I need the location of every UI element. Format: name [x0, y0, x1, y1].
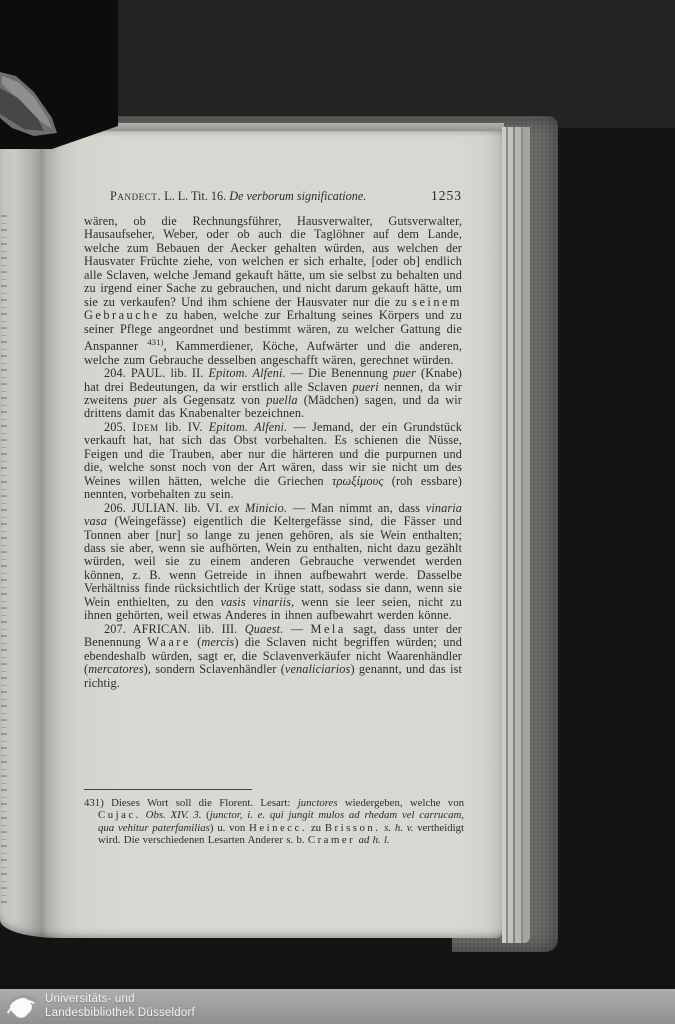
footnote-rule	[84, 789, 252, 790]
text-segment: 431)	[147, 337, 163, 347]
text-segment: Quaest.	[245, 622, 284, 636]
text-segment: L. L. Tit. 16.	[161, 189, 229, 203]
text-segment: ) u. von	[210, 822, 249, 834]
library-name-line2: Landesbibliothek Düsseldorf	[45, 1007, 195, 1021]
text-segment: — Die Benennung	[286, 366, 393, 380]
text-segment: wären, ob die Rechnungsführer, Hausverwa…	[84, 215, 462, 309]
text-segment: Heinecc.	[249, 822, 307, 834]
text-segment: Brisson.	[325, 822, 381, 834]
paragraph-204: 204. PAUL. lib. II. Epitom. Alfeni. — Di…	[84, 367, 462, 421]
library-logo-icon	[5, 991, 37, 1023]
text-segment: zu	[307, 822, 325, 834]
page-number: 1253	[431, 188, 462, 204]
text-segment: Pandect.	[110, 189, 161, 203]
text-segment: als Gegensatz von	[157, 393, 266, 407]
text-segment: ad h. l.	[359, 834, 390, 846]
text-segment: puella	[266, 393, 297, 407]
text-segment: Epitom. Alfeni.	[209, 420, 288, 434]
text-segment: Obs. XIV. 3.	[146, 809, 202, 821]
text-segment: Mela	[311, 622, 346, 636]
text-segment: 431) Dieses Wort soll die Florent. Lesar…	[84, 797, 298, 809]
paragraph-continuation: wären, ob die Rechnungsführer, Hausverwa…	[84, 215, 462, 367]
paragraph-205: 205. Idem lib. IV. Epitom. Alfeni. — Jem…	[84, 421, 462, 502]
text-segment: lib. IV.	[159, 420, 209, 434]
running-title: Pandect. L. L. Tit. 16. De verborum sign…	[110, 189, 366, 204]
page-fore-edge	[502, 127, 530, 943]
text-segment: puer	[393, 366, 416, 380]
scanned-book-photo: { "colors": { "background": "#141414", "…	[0, 0, 675, 1024]
text-segment: (	[191, 635, 202, 649]
text-segment: s. h. v.	[384, 822, 413, 834]
text-segment: mercis	[201, 635, 234, 649]
text-segment: — Man nimmt an, dass	[287, 501, 426, 515]
text-segment: wiedergeben, welche von	[338, 797, 464, 809]
text-segment: ex Minicio.	[228, 501, 287, 515]
body-text: wären, ob die Rechnungsführer, Hausverwa…	[84, 215, 462, 787]
facing-page-text-fragments	[1, 215, 7, 905]
footnote-431: 431) Dieses Wort soll die Florent. Lesar…	[84, 797, 464, 846]
text-segment: τρωξίμους	[332, 474, 384, 488]
text-segment: mercatores	[88, 662, 143, 676]
text-segment: (	[201, 809, 209, 821]
page-header: Pandect. L. L. Tit. 16. De verborum sign…	[84, 188, 462, 204]
text-segment: junctores	[298, 797, 338, 809]
text-segment: pueri	[352, 380, 378, 394]
text-segment: Cujac.	[98, 809, 141, 821]
text-segment: 206. JULIAN. lib. VI.	[104, 501, 228, 515]
text-segment: —	[283, 622, 310, 636]
text-segment: Cramer	[308, 834, 355, 846]
background-panel	[112, 0, 675, 128]
text-segment: Idem	[132, 420, 159, 434]
text-segment: puer	[134, 393, 157, 407]
text-segment: 204. PAUL. lib. II.	[104, 366, 208, 380]
text-segment: venaliciarios	[285, 662, 351, 676]
paragraph-206: 206. JULIAN. lib. VI. ex Minicio. — Man …	[84, 502, 462, 623]
text-segment: Waare	[147, 635, 191, 649]
text-segment: 205.	[104, 420, 132, 434]
text-segment: vasis vinariis	[221, 595, 291, 609]
text-segment: De verborum significatione.	[229, 189, 366, 203]
text-segment: ), sondern Sclavenhändler (	[144, 662, 285, 676]
shadow-mask	[0, 938, 452, 960]
library-watermark: Universitäts- und Landesbibliothek Düsse…	[0, 989, 675, 1024]
text-segment: Epitom. Alfeni.	[208, 366, 285, 380]
library-name-line1: Universitäts- und	[45, 993, 195, 1007]
library-name: Universitäts- und Landesbibliothek Düsse…	[45, 993, 195, 1020]
text-segment: 207. AFRICAN. lib. III.	[104, 622, 245, 636]
paragraph-207: 207. AFRICAN. lib. III. Quaest. — Mela s…	[84, 623, 462, 690]
